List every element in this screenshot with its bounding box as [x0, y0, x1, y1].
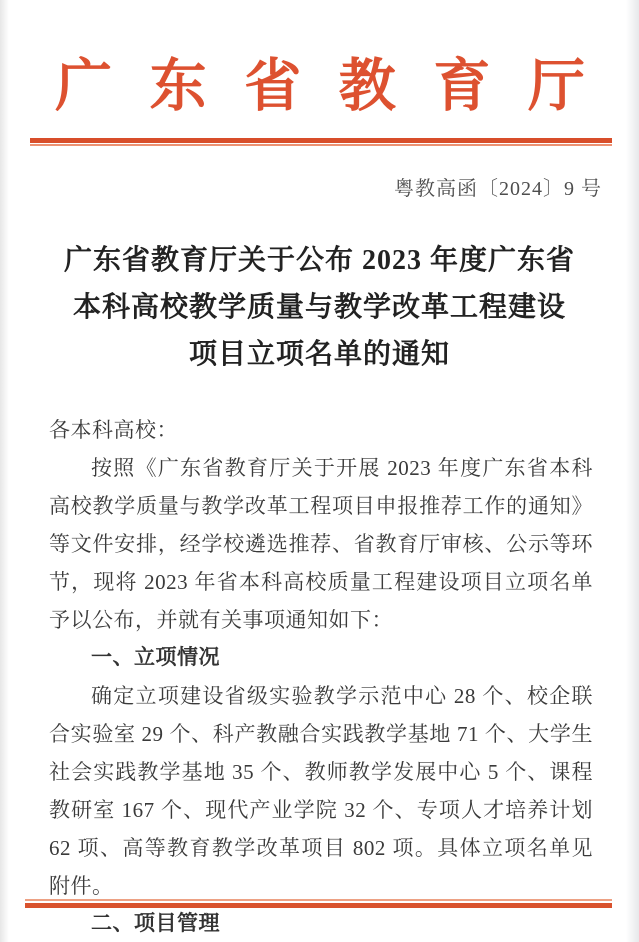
letterhead-rule-main [30, 138, 612, 143]
agency-char: 厅 [528, 56, 585, 119]
agency-char: 东 [150, 56, 207, 119]
intro-paragraph: 按照《广东省教育厅关于开展 2023 年度广东省本科高校教学质量与教学改革工程项… [49, 449, 593, 639]
scan-edge-right [626, 0, 639, 942]
section1-paragraph: 确定立项建设省级实验教学示范中心 28 个、校企联合实验室 29 个、科产教融合… [49, 677, 593, 905]
letterhead-rule [30, 138, 612, 146]
agency-char: 广 [55, 56, 112, 119]
footer-rule-main [25, 903, 612, 908]
scan-edge-left [0, 0, 9, 942]
section-heading-2: 二、项目管理 [49, 905, 593, 942]
document-title: 广东省教育厅关于公布 2023 年度广东省 本科高校教学质量与教学改革工程建设 … [0, 237, 639, 378]
title-line-3: 项目立项名单的通知 [0, 331, 639, 378]
agency-char: 省 [244, 56, 301, 119]
document-body: 各本科高校： 按照《广东省教育厅关于开展 2023 年度广东省本科高校教学质量与… [49, 411, 593, 942]
letterhead-rule-thin [30, 144, 612, 146]
footer-rule [25, 899, 612, 908]
agency-char: 育 [433, 56, 490, 119]
document-number: 粤教高函〔2024〕9 号 [394, 172, 602, 201]
agency-char: 教 [339, 56, 396, 119]
section-heading-1: 一、立项情况 [49, 639, 593, 677]
title-line-2: 本科高校教学质量与教学改革工程建设 [0, 284, 639, 331]
salutation: 各本科高校： [49, 411, 593, 449]
scanned-document-page: 广 东 省 教 育 厅 粤教高函〔2024〕9 号 广东省教育厅关于公布 202… [0, 0, 639, 942]
letterhead-agency-name: 广 东 省 教 育 厅 [55, 56, 585, 119]
title-line-1: 广东省教育厅关于公布 2023 年度广东省 [0, 237, 639, 284]
